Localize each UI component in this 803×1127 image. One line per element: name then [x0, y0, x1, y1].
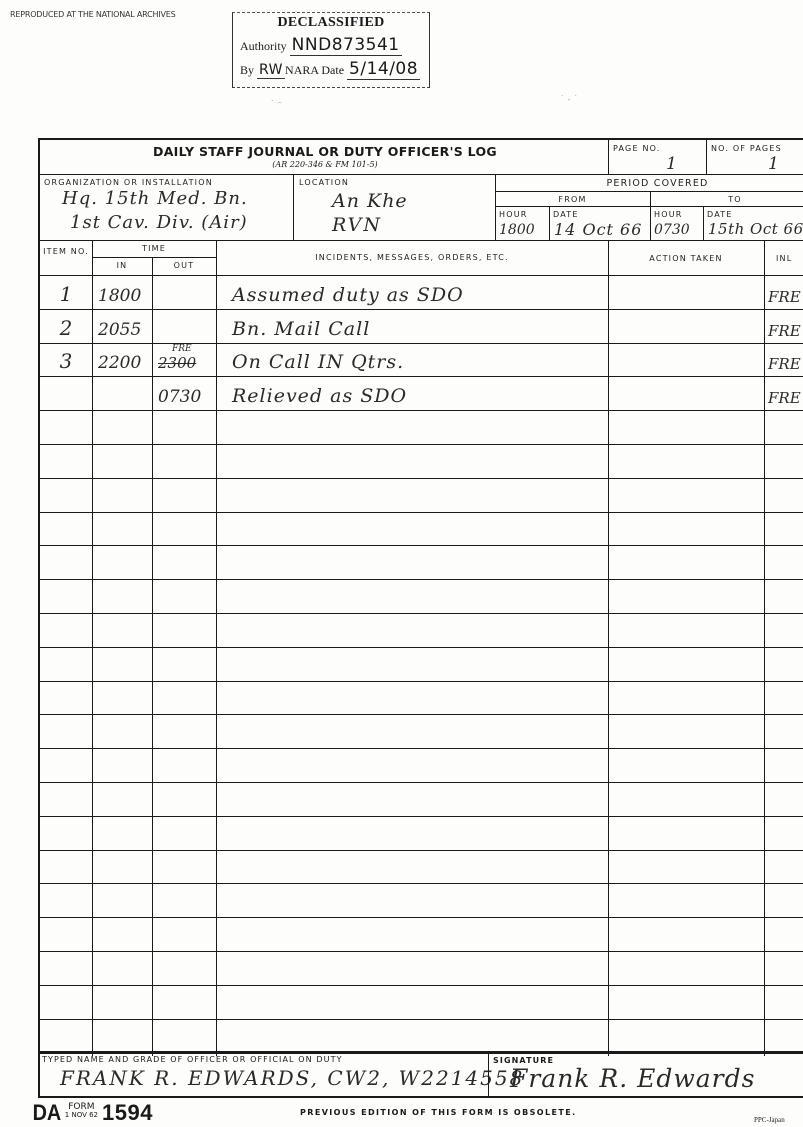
stamp-by-row: By RWNARA Date 5/14/08 [240, 59, 420, 79]
authority-value: NND873541 [290, 35, 402, 56]
form-subtitle: (AR 220-346 & FM 101-5) [40, 160, 610, 169]
period-covered-label: PERIOD COVERED [495, 178, 803, 189]
table-row-empty [40, 749, 803, 783]
time-out-cell [154, 276, 216, 309]
from-label: FROM [495, 195, 650, 204]
table-row-empty [40, 986, 803, 1020]
no-of-pages-label: NO. OF PAGES [711, 144, 782, 153]
divider [608, 140, 609, 175]
action-cell [610, 377, 764, 410]
divider [495, 191, 803, 192]
table-row-empty [40, 884, 803, 918]
item-cell: 2 [40, 310, 92, 343]
table-row-empty [40, 1020, 803, 1054]
correction-initials: FRE [172, 344, 192, 354]
table-row-empty [40, 783, 803, 817]
page-no-value: 1 [666, 154, 677, 174]
form-date-block: FORM1 NOV 62 [65, 1103, 98, 1119]
organization-line-2: 1st Cav. Div. (Air) [70, 212, 248, 233]
declassified-stamp: DECLASSIFIED Authority NND873541 By RWNA… [232, 12, 430, 88]
printer-mark: PPC-Japan [754, 1116, 785, 1124]
typed-name-value: FRANK R. EDWARDS, CW2, W2214558 [60, 1066, 524, 1090]
incident-cell: On Call IN Qtrs. [218, 344, 608, 377]
initials-cell: FRE [766, 276, 803, 309]
time-out-cell: 0730 [154, 377, 216, 410]
divider [706, 140, 707, 175]
organization-label: ORGANIZATION OR INSTALLATION [44, 178, 213, 187]
table-row-empty [40, 546, 803, 580]
incident-cell: Relieved as SDO [218, 377, 608, 410]
authority-label: Authority [240, 39, 287, 53]
table-row-empty [40, 445, 803, 479]
from-hour-label: HOUR [499, 210, 528, 219]
divider [495, 206, 803, 207]
time-header: TIME [92, 244, 216, 253]
table-row: 3 2200 2300 FRE On Call IN Qtrs. FRE [40, 344, 803, 378]
by-label: By [240, 63, 254, 77]
location-line-2: RVN [332, 214, 382, 236]
table-row-empty [40, 479, 803, 513]
time-in-header: IN [92, 261, 152, 270]
corrected-time: 2300 FRE [158, 353, 196, 373]
no-of-pages-value: 1 [768, 154, 779, 174]
initials-cell: FRE [766, 344, 803, 377]
time-out-cell: 2300 FRE [154, 344, 216, 377]
table-row-empty [40, 614, 803, 648]
stamp-date-value: 5/14/08 [347, 59, 420, 80]
divider [40, 174, 803, 175]
signature-block: TYPED NAME AND GRADE OF OFFICER OR OFFIC… [38, 1052, 803, 1098]
stamp-title: DECLASSIFIED [233, 15, 429, 31]
incidents-header: INCIDENTS, MESSAGES, ORDERS, ETC. [216, 253, 608, 262]
duty-officer-log-form: DAILY STAFF JOURNAL OR DUTY OFFICER'S LO… [38, 138, 803, 1054]
initials-cell: FRE [766, 377, 803, 410]
action-cell [610, 276, 764, 309]
struck-time: 2300 [158, 354, 196, 372]
time-out-header: OUT [152, 261, 216, 270]
table-row-empty [40, 817, 803, 851]
inl-header: INL [776, 254, 792, 263]
signature-value: Frank R. Edwards [510, 1064, 755, 1093]
stamp-authority-row: Authority NND873541 [240, 35, 402, 55]
time-out-cell [154, 310, 216, 343]
initials-cell: FRE [766, 310, 803, 343]
table-row-empty [40, 918, 803, 952]
table-row-empty [40, 952, 803, 986]
from-date-value: 14 Oct 66 [554, 220, 642, 239]
to-label: TO [650, 195, 803, 204]
time-in-cell: 1800 [94, 276, 154, 309]
location-line-1: An Khe [332, 190, 408, 212]
item-cell: 1 [40, 276, 92, 309]
incident-cell: Assumed duty as SDO [218, 276, 608, 309]
form-number: 1594 [102, 1100, 153, 1125]
divider [703, 206, 704, 241]
organization-line-1: Hq. 15th Med. Bn. [62, 188, 248, 209]
action-taken-header: ACTION TAKEN [608, 254, 764, 263]
table-row: 1 1800 Assumed duty as SDO FRE [40, 276, 803, 310]
table-row: 2 2055 Bn. Mail Call FRE [40, 310, 803, 344]
table-row: 0730 Relieved as SDO FRE [40, 377, 803, 411]
form-identifier: DAFORM1 NOV 621594 [31, 1100, 153, 1126]
obsolete-notice: PREVIOUS EDITION OF THIS FORM IS OBSOLET… [300, 1108, 577, 1117]
from-date-label: DATE [553, 210, 579, 219]
time-in-cell [94, 377, 154, 410]
to-date-value: 15th Oct 66 [708, 220, 803, 238]
item-cell [40, 377, 92, 410]
table-row-empty [40, 513, 803, 547]
to-date-label: DATE [707, 210, 733, 219]
divider [293, 175, 294, 241]
archives-note: REPRODUCED AT THE NATIONAL ARCHIVES [10, 10, 175, 19]
form-date: 1 NOV 62 [65, 1111, 98, 1119]
to-hour-label: HOUR [654, 210, 683, 219]
table-row-empty [40, 411, 803, 445]
item-no-header: ITEM NO. [40, 246, 92, 257]
form-prefix: DA [33, 1100, 62, 1126]
table-row-empty [40, 682, 803, 716]
time-in-cell: 2055 [94, 310, 154, 343]
scan-speck: ˙ ⁻ [270, 100, 282, 110]
action-cell [610, 310, 764, 343]
item-cell: 3 [40, 344, 92, 377]
divider [488, 1052, 489, 1096]
time-in-cell: 2200 [94, 344, 154, 377]
location-label: LOCATION [299, 178, 349, 187]
scan-speck: ˙ ‐ ˙ [560, 95, 578, 105]
incident-cell: Bn. Mail Call [218, 310, 608, 343]
divider [40, 240, 803, 241]
action-cell [610, 344, 764, 377]
divider [549, 206, 550, 241]
form-title: DAILY STAFF JOURNAL OR DUTY OFFICER'S LO… [40, 144, 610, 159]
table-row-empty [40, 715, 803, 749]
from-hour-value: 1800 [499, 222, 535, 238]
nara-date-label: NARA Date [285, 63, 344, 77]
table-row-empty [40, 648, 803, 682]
typed-name-label: TYPED NAME AND GRADE OF OFFICER OR OFFIC… [42, 1055, 343, 1064]
table-row-empty [40, 580, 803, 614]
by-value: RW [257, 62, 285, 79]
page-no-label: PAGE NO. [613, 144, 661, 153]
table-row-empty [40, 851, 803, 885]
to-hour-value: 0730 [654, 222, 690, 238]
divider [92, 257, 216, 258]
